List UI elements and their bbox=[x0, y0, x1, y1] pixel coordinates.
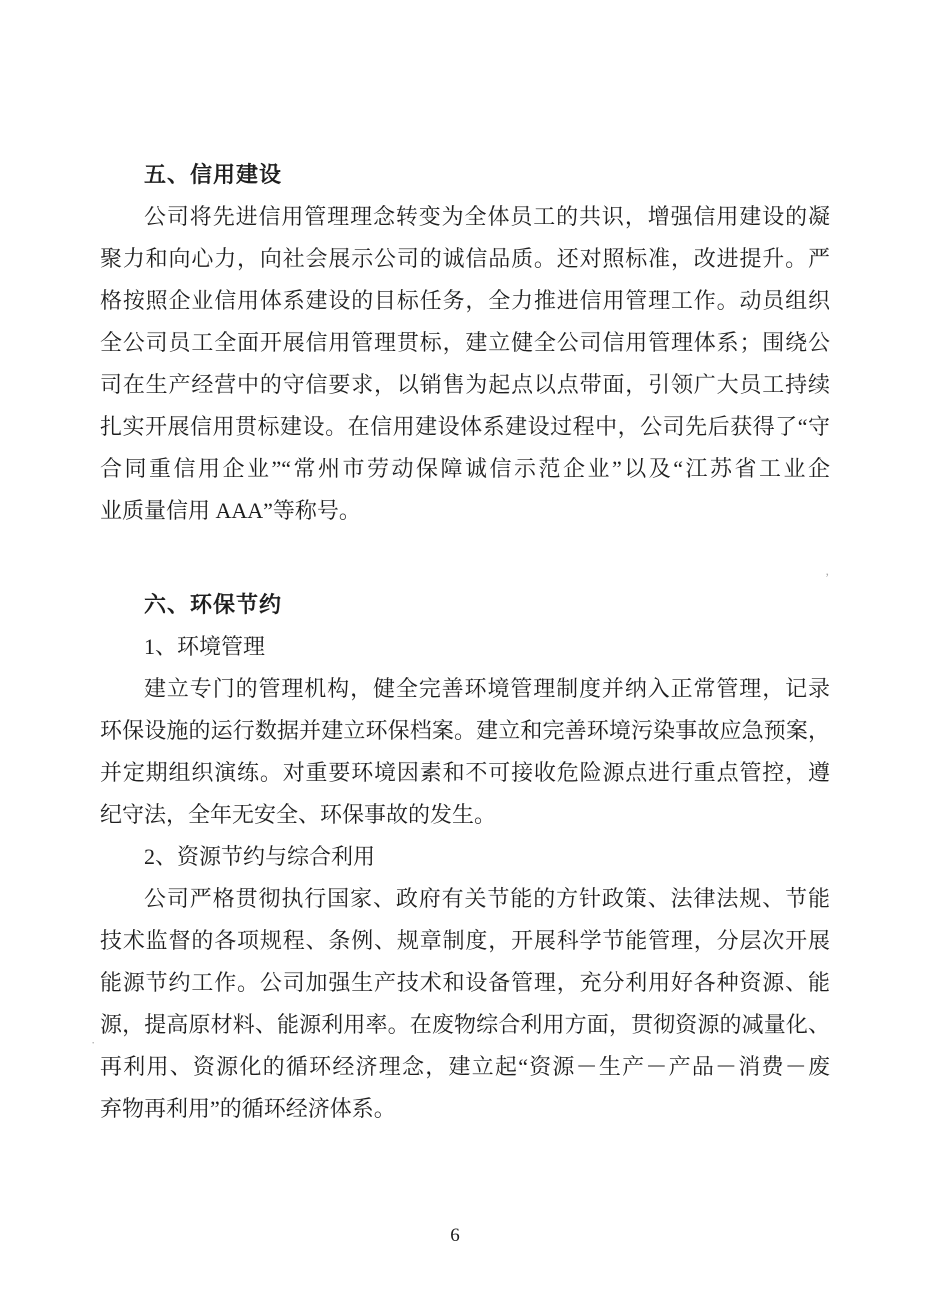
section-gap bbox=[100, 532, 830, 584]
paragraph-line: 并定期组织演练。对重要环境因素和不可接收危险源点进行重点管控，遵 bbox=[100, 752, 830, 794]
paragraph-line: 公司严格贯彻执行国家、政府有关节能的方针政策、法律法规、节能 bbox=[100, 878, 830, 920]
paragraph-line: 纪守法，全年无安全、环保事故的发生。 bbox=[100, 794, 830, 836]
paragraph-line: 格按照企业信用体系建设的目标任务，全力推进信用管理工作。动员组织 bbox=[100, 280, 830, 322]
paragraph-line: 再利用、资源化的循环经济理念，建立起“资源－生产－产品－消费－废 bbox=[100, 1046, 830, 1088]
page-number: 6 bbox=[443, 1224, 467, 1248]
paragraph-line: 合同重信用企业”“常州市劳动保障诚信示范企业”以及“江苏省工业企 bbox=[100, 448, 830, 490]
paragraph-line: 弃物再利用”的循环经济体系。 bbox=[100, 1088, 830, 1130]
paragraph-line: 技术监督的各项规程、条例、规章制度，开展科学节能管理，分层次开展 bbox=[100, 920, 830, 962]
section-heading: 六、环保节约 bbox=[100, 584, 830, 626]
document-page: 五、信用建设公司将先进信用管理理念转变为全体员工的共识，增强信用建设的凝聚力和向… bbox=[0, 0, 930, 1315]
paragraph-line: 司在生产经营中的守信要求，以销售为起点以点带面，引领广大员工持续 bbox=[100, 364, 830, 406]
sub-heading: 2、资源节约与综合利用 bbox=[100, 836, 830, 878]
paragraph-line: 能源节约工作。公司加强生产技术和设备管理，充分利用好各种资源、能 bbox=[100, 962, 830, 1004]
paragraph-line: 全公司员工全面开展信用管理贯标，建立健全公司信用管理体系；围绕公 bbox=[100, 322, 830, 364]
section-heading: 五、信用建设 bbox=[100, 154, 830, 196]
paragraph-line: 源，提高原材料、能源利用率。在废物综合利用方面，贯彻资源的减量化、 bbox=[100, 1004, 830, 1046]
paragraph-line: 建立专门的管理机构，健全完善环境管理制度并纳入正常管理，记录 bbox=[100, 668, 830, 710]
paragraph-line: 公司将先进信用管理理念转变为全体员工的共识，增强信用建设的凝 bbox=[100, 196, 830, 238]
paragraph-line: 业质量信用 AAA”等称号。 bbox=[100, 490, 830, 532]
paragraph-line: 环保设施的运行数据并建立环保档案。建立和完善环境污染事故应急预案， bbox=[100, 710, 830, 752]
sub-heading: 1、环境管理 bbox=[100, 626, 830, 668]
paragraph-line: 扎实开展信用贯标建设。在信用建设体系建设过程中，公司先后获得了“守 bbox=[100, 406, 830, 448]
document-content: 五、信用建设公司将先进信用管理理念转变为全体员工的共识，增强信用建设的凝聚力和向… bbox=[100, 154, 830, 1130]
scan-artifact: ’ bbox=[825, 571, 829, 584]
scan-artifact: · bbox=[91, 1036, 95, 1049]
paragraph-line: 聚力和向心力，向社会展示公司的诚信品质。还对照标准，改进提升。严 bbox=[100, 238, 830, 280]
